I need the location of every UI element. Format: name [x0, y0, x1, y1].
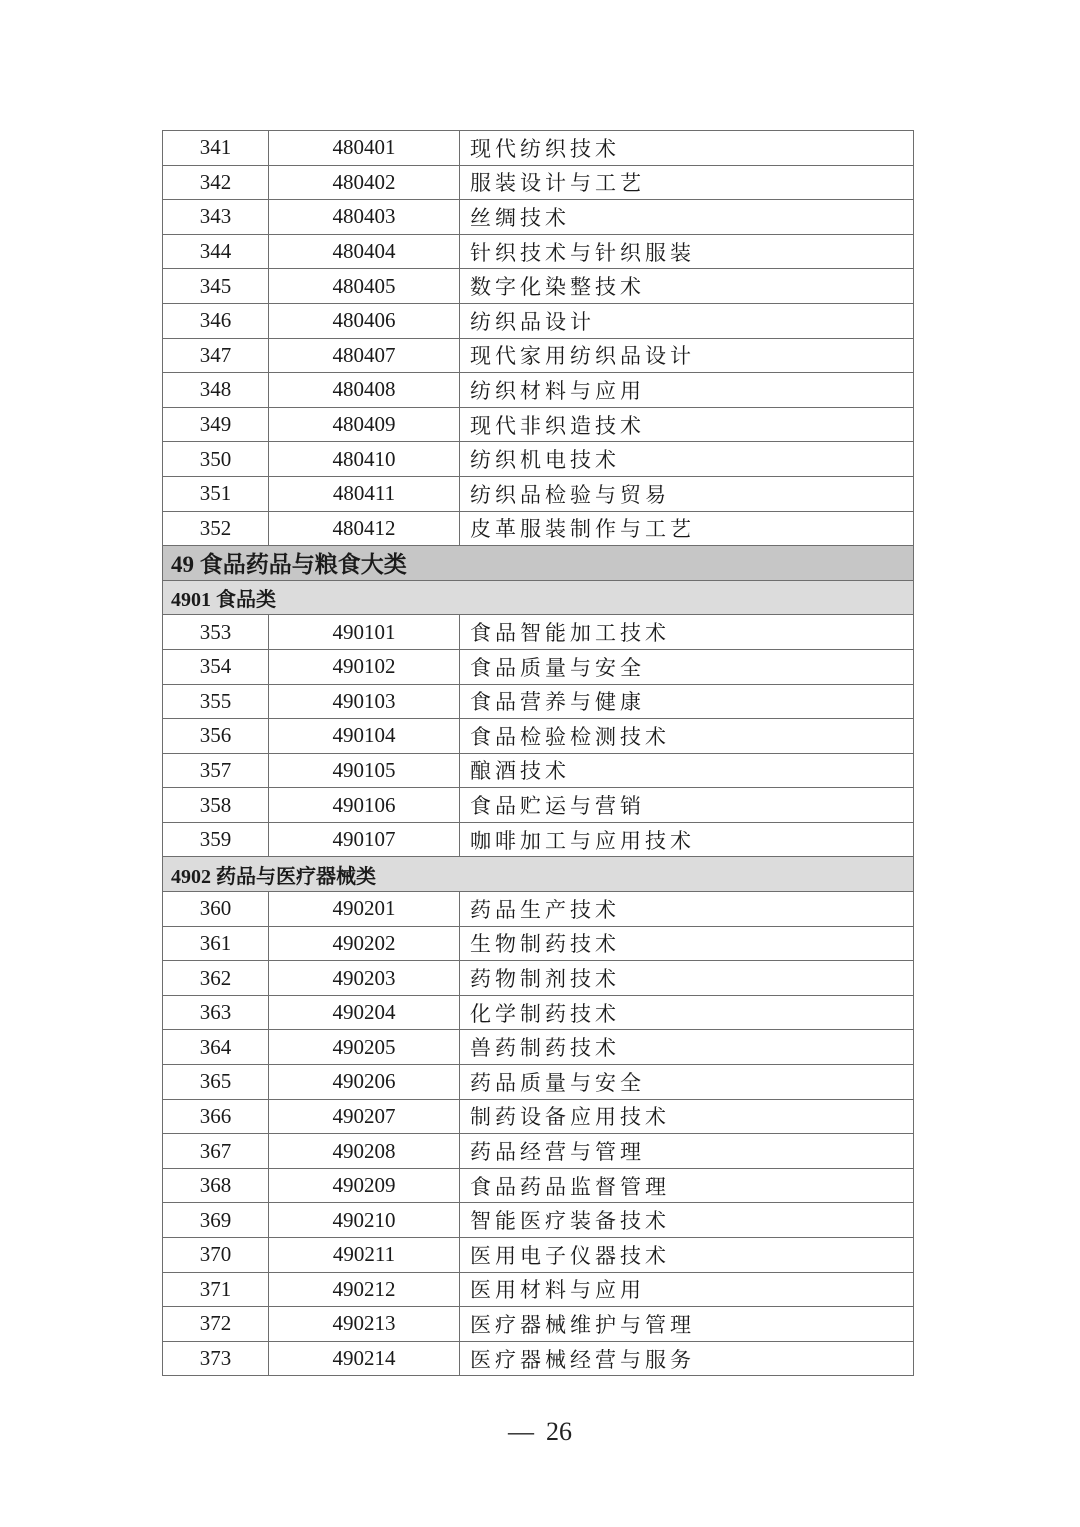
row-number: 356: [163, 719, 269, 754]
major-name: 医疗器械经营与服务: [460, 1341, 914, 1376]
row-number: 345: [163, 269, 269, 304]
major-name: 纺织材料与应用: [460, 373, 914, 408]
table-row: 367490208药品经营与管理: [163, 1134, 914, 1169]
table-row: 341480401现代纺织技术: [163, 131, 914, 166]
row-number: 350: [163, 442, 269, 477]
row-number: 369: [163, 1203, 269, 1238]
page-number: 26: [546, 1417, 572, 1446]
major-list-table: 341480401现代纺织技术342480402服装设计与工艺343480403…: [162, 130, 914, 1376]
row-number: 360: [163, 892, 269, 927]
page-footer: —26: [0, 1417, 1080, 1447]
major-name: 现代家用纺织品设计: [460, 338, 914, 373]
row-number: 362: [163, 961, 269, 996]
major-name: 皮革服装制作与工艺: [460, 511, 914, 546]
major-code: 490207: [269, 1099, 460, 1134]
major-name: 生物制药技术: [460, 926, 914, 961]
major-code: 490211: [269, 1238, 460, 1273]
major-name: 药品质量与安全: [460, 1065, 914, 1100]
major-code: 490203: [269, 961, 460, 996]
row-number: 343: [163, 200, 269, 235]
table-row: 372490213医疗器械维护与管理: [163, 1307, 914, 1342]
table-row: 369490210智能医疗装备技术: [163, 1203, 914, 1238]
table-row: 365490206药品质量与安全: [163, 1065, 914, 1100]
row-number: 372: [163, 1307, 269, 1342]
row-number: 351: [163, 476, 269, 511]
row-number: 344: [163, 234, 269, 269]
row-number: 361: [163, 926, 269, 961]
major-code: 490102: [269, 649, 460, 684]
major-code: 490208: [269, 1134, 460, 1169]
major-name: 智能医疗装备技术: [460, 1203, 914, 1238]
category-header-row: 49 食品药品与粮食大类: [163, 546, 914, 581]
table-row: 361490202生物制药技术: [163, 926, 914, 961]
major-name: 纺织机电技术: [460, 442, 914, 477]
major-name: 丝绸技术: [460, 200, 914, 235]
major-code: 490214: [269, 1341, 460, 1376]
row-number: 370: [163, 1238, 269, 1273]
major-name: 化学制药技术: [460, 995, 914, 1030]
row-number: 342: [163, 165, 269, 200]
table-row: 363490204化学制药技术: [163, 995, 914, 1030]
major-code: 480402: [269, 165, 460, 200]
major-code: 480405: [269, 269, 460, 304]
major-name: 针织技术与针织服装: [460, 234, 914, 269]
major-name: 食品智能加工技术: [460, 615, 914, 650]
major-code: 480411: [269, 476, 460, 511]
major-name: 纺织品检验与贸易: [460, 476, 914, 511]
major-code: 490105: [269, 753, 460, 788]
major-code: 490202: [269, 926, 460, 961]
major-name: 现代非织造技术: [460, 407, 914, 442]
major-name: 药品经营与管理: [460, 1134, 914, 1169]
table-row: 351480411纺织品检验与贸易: [163, 476, 914, 511]
row-number: 365: [163, 1065, 269, 1100]
major-name: 食品贮运与营销: [460, 788, 914, 823]
row-number: 353: [163, 615, 269, 650]
table-row: 343480403丝绸技术: [163, 200, 914, 235]
major-code: 490104: [269, 719, 460, 754]
major-code: 480406: [269, 303, 460, 338]
row-number: 348: [163, 373, 269, 408]
row-number: 358: [163, 788, 269, 823]
major-name: 食品检验检测技术: [460, 719, 914, 754]
row-number: 363: [163, 995, 269, 1030]
major-code: 490101: [269, 615, 460, 650]
major-name: 兽药制药技术: [460, 1030, 914, 1065]
row-number: 373: [163, 1341, 269, 1376]
table-row: 364490205兽药制药技术: [163, 1030, 914, 1065]
major-name: 医用材料与应用: [460, 1272, 914, 1307]
major-name: 数字化染整技术: [460, 269, 914, 304]
major-code: 480407: [269, 338, 460, 373]
major-name: 医用电子仪器技术: [460, 1238, 914, 1273]
table-row: 349480409现代非织造技术: [163, 407, 914, 442]
table-row: 371490212医用材料与应用: [163, 1272, 914, 1307]
table-row: 350480410纺织机电技术: [163, 442, 914, 477]
subcategory-header-row: 4901 食品类: [163, 580, 914, 615]
major-code: 490212: [269, 1272, 460, 1307]
table-row: 373490214医疗器械经营与服务: [163, 1341, 914, 1376]
row-number: 349: [163, 407, 269, 442]
major-code: 490213: [269, 1307, 460, 1342]
row-number: 357: [163, 753, 269, 788]
major-code: 490210: [269, 1203, 460, 1238]
row-number: 367: [163, 1134, 269, 1169]
major-code: 480403: [269, 200, 460, 235]
table-row: 358490106食品贮运与营销: [163, 788, 914, 823]
subcategory-header-row: 4902 药品与医疗器械类: [163, 857, 914, 892]
subcategory-label: 4902 药品与医疗器械类: [163, 857, 914, 892]
subcategory-label: 4901 食品类: [163, 580, 914, 615]
major-code: 480412: [269, 511, 460, 546]
row-number: 366: [163, 1099, 269, 1134]
table-row: 347480407现代家用纺织品设计: [163, 338, 914, 373]
row-number: 354: [163, 649, 269, 684]
major-code: 480401: [269, 131, 460, 166]
major-code: 480408: [269, 373, 460, 408]
major-name: 制药设备应用技术: [460, 1099, 914, 1134]
table-row: 362490203药物制剂技术: [163, 961, 914, 996]
row-number: 346: [163, 303, 269, 338]
table-row: 342480402服装设计与工艺: [163, 165, 914, 200]
major-name: 纺织品设计: [460, 303, 914, 338]
table-row: 370490211医用电子仪器技术: [163, 1238, 914, 1273]
table-row: 368490209食品药品监督管理: [163, 1168, 914, 1203]
major-code: 480409: [269, 407, 460, 442]
table-row: 357490105酿酒技术: [163, 753, 914, 788]
major-name: 酿酒技术: [460, 753, 914, 788]
row-number: 368: [163, 1168, 269, 1203]
major-name: 服装设计与工艺: [460, 165, 914, 200]
table-row: 356490104食品检验检测技术: [163, 719, 914, 754]
page-number-dash: —: [508, 1417, 534, 1446]
row-number: 355: [163, 684, 269, 719]
major-code: 490103: [269, 684, 460, 719]
table-row: 359490107咖啡加工与应用技术: [163, 822, 914, 857]
major-code: 490106: [269, 788, 460, 823]
major-name: 食品药品监督管理: [460, 1168, 914, 1203]
table-row: 345480405数字化染整技术: [163, 269, 914, 304]
major-code: 490204: [269, 995, 460, 1030]
major-list-table-container: 341480401现代纺织技术342480402服装设计与工艺343480403…: [162, 130, 914, 1376]
major-name: 现代纺织技术: [460, 131, 914, 166]
major-name: 食品质量与安全: [460, 649, 914, 684]
category-label: 49 食品药品与粮食大类: [163, 546, 914, 581]
row-number: 371: [163, 1272, 269, 1307]
row-number: 364: [163, 1030, 269, 1065]
major-name: 咖啡加工与应用技术: [460, 822, 914, 857]
major-name: 药品生产技术: [460, 892, 914, 927]
major-code: 490201: [269, 892, 460, 927]
major-name: 药物制剂技术: [460, 961, 914, 996]
row-number: 359: [163, 822, 269, 857]
major-code: 490206: [269, 1065, 460, 1100]
table-row: 348480408纺织材料与应用: [163, 373, 914, 408]
major-code: 480410: [269, 442, 460, 477]
table-body: 341480401现代纺织技术342480402服装设计与工艺343480403…: [163, 131, 914, 1376]
row-number: 341: [163, 131, 269, 166]
table-row: 366490207制药设备应用技术: [163, 1099, 914, 1134]
table-row: 360490201药品生产技术: [163, 892, 914, 927]
table-row: 346480406纺织品设计: [163, 303, 914, 338]
table-row: 344480404针织技术与针织服装: [163, 234, 914, 269]
table-row: 354490102食品质量与安全: [163, 649, 914, 684]
major-code: 490209: [269, 1168, 460, 1203]
major-name: 食品营养与健康: [460, 684, 914, 719]
major-code: 490205: [269, 1030, 460, 1065]
row-number: 352: [163, 511, 269, 546]
major-name: 医疗器械维护与管理: [460, 1307, 914, 1342]
major-code: 490107: [269, 822, 460, 857]
major-code: 480404: [269, 234, 460, 269]
table-row: 353490101食品智能加工技术: [163, 615, 914, 650]
table-row: 355490103食品营养与健康: [163, 684, 914, 719]
row-number: 347: [163, 338, 269, 373]
table-row: 352480412皮革服装制作与工艺: [163, 511, 914, 546]
